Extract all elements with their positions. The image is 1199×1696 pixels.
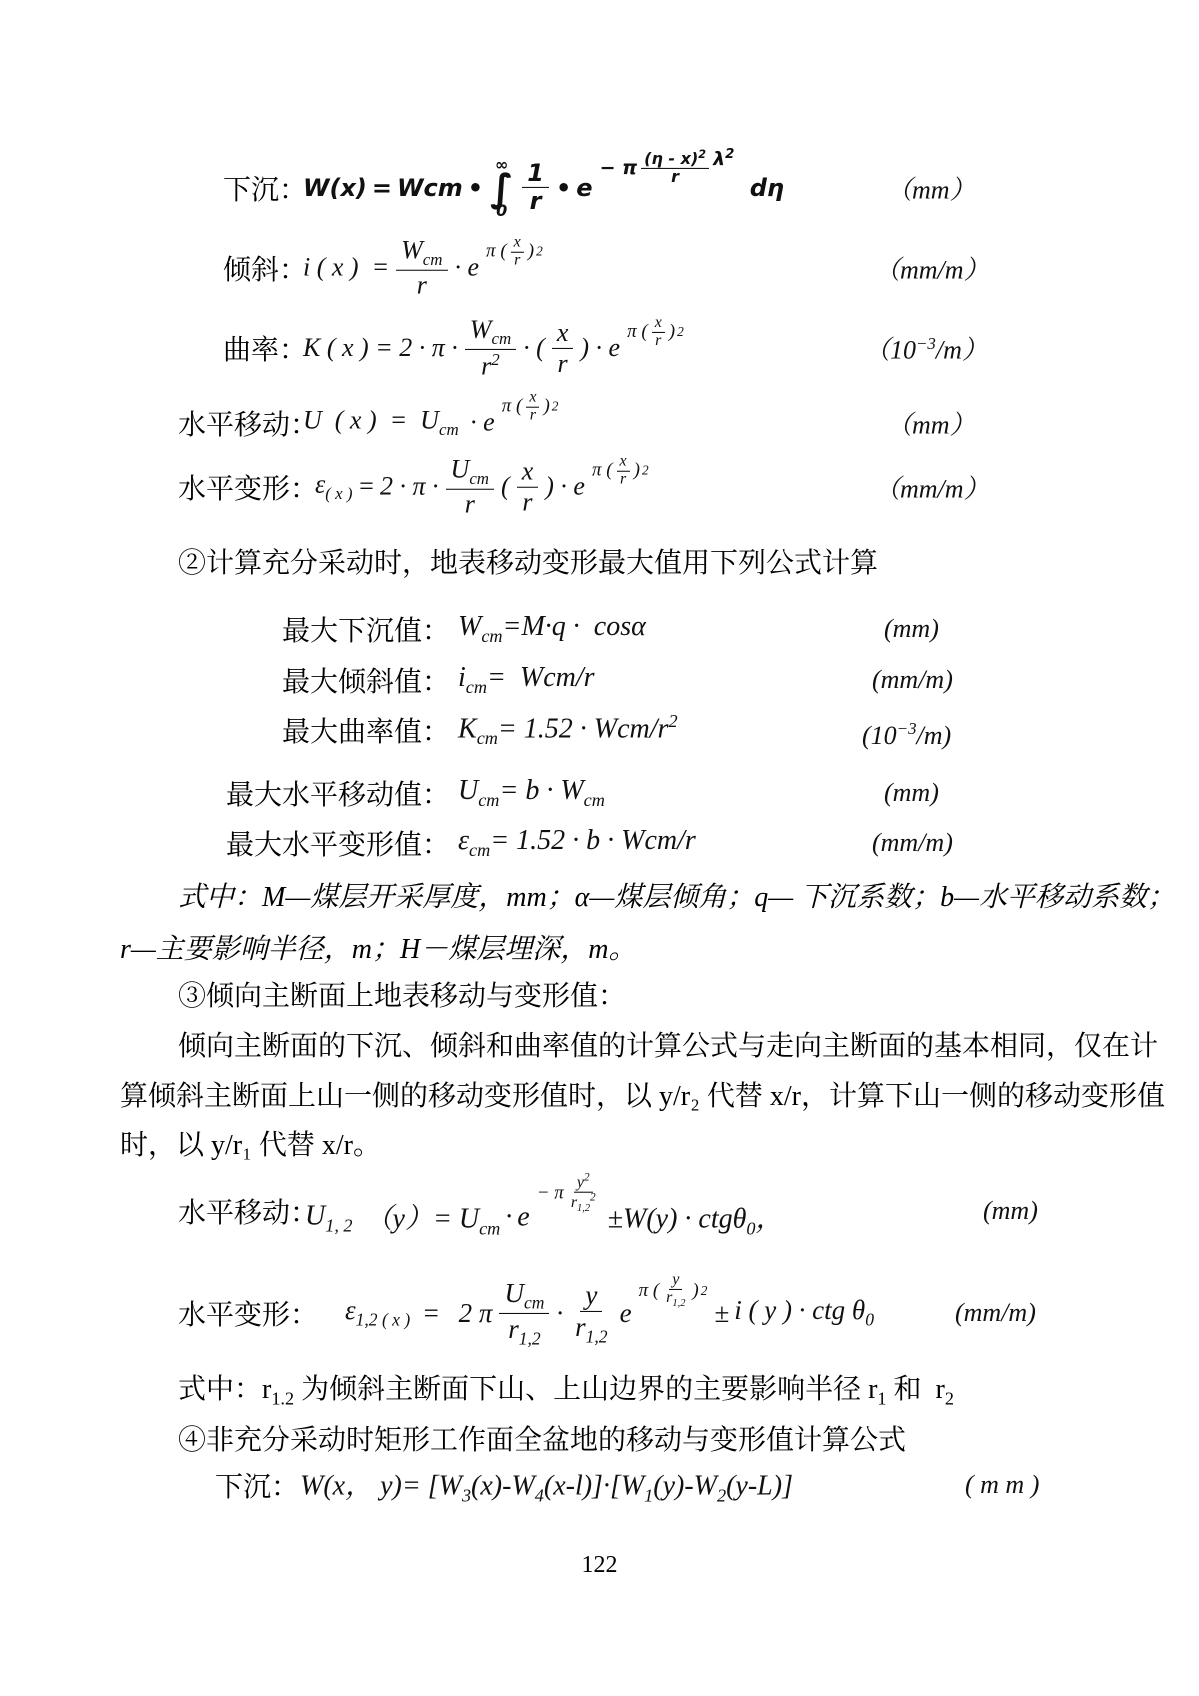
formula-term: 2: [668, 711, 677, 731]
legend-line-2: r—主要影响半径，m；H－煤层埋深，m。: [120, 927, 636, 967]
formula-term: r: [508, 1314, 519, 1344]
formula-term: W: [458, 611, 481, 642]
fraction: (η - x)2 r: [641, 149, 709, 186]
formula-term: Wcm: [396, 236, 447, 271]
formula-term: ) · e: [580, 333, 620, 363]
formula-term: r: [575, 1312, 586, 1342]
max-row-hdeform: 最大水平变形值： εcm= 1.52 · b · Wcm/r (mm/m): [0, 822, 1199, 864]
fraction: x r: [526, 390, 539, 425]
formula-row-subsidence-rect: 下沉： W(x， y)= [W3(x)-W4(x-l)]·[W1(y)-W2(y…: [0, 1464, 1199, 1506]
formula-term: /m）: [936, 336, 988, 365]
formula-term: 2: [945, 1389, 954, 1409]
formula-term: i ( y ) · ctg θ: [734, 1295, 865, 1325]
formula-term: ε: [458, 825, 469, 856]
formula-term: r2: [476, 350, 505, 382]
formula-row-hmove-dip: 水平移动： U1, 2 （y）= Ucm · e − π y2 r1,22 ±W…: [0, 1172, 1199, 1264]
formula-term: y2: [574, 1173, 593, 1193]
formula-term: r: [511, 252, 523, 269]
max-label: 最大曲率值：: [0, 710, 450, 750]
formula-term: Ucm: [499, 1278, 549, 1314]
formula-term: 0: [865, 1310, 874, 1330]
fraction: x r: [511, 235, 524, 270]
unit-label: （mm/m）: [874, 469, 990, 506]
formula-term: W: [470, 315, 492, 344]
fraction: Wcm r2: [465, 315, 516, 381]
formula-term: 3: [462, 1485, 471, 1505]
formula-term: x: [511, 235, 524, 253]
formula-term: − π: [600, 156, 638, 178]
formula-term: U ( x ) = U: [303, 406, 439, 435]
legend-r12: 式中：r1.2 为倾斜主断面下山、上山边界的主要影响半径 r1 和 r2: [178, 1367, 954, 1410]
formula-row-tilt-strike: 倾斜： i ( x ) = Wcm r · e π ( x r ) 2 （mm/…: [0, 228, 1199, 308]
formula-term: 2 · π ·: [380, 472, 439, 502]
formula-term: 0: [496, 205, 507, 217]
formula-term: ): [634, 460, 640, 482]
formula-term: W(x， y)= [W: [300, 1471, 462, 1502]
formula-term: Ucm: [446, 455, 494, 490]
formula-term: cm: [423, 250, 443, 269]
formula-term: y: [580, 1280, 602, 1312]
formula-term: W: [401, 236, 423, 265]
fraction: Ucm r1,2: [499, 1278, 549, 1348]
formula-term: ∫: [490, 170, 513, 204]
formula-curvature: K ( x ) = 2 · π · Wcm r2 · ( x r ) · e π…: [303, 315, 686, 381]
unit-label: （mm）: [886, 169, 976, 206]
formula-term: K ( x ) = 2 · π ·: [303, 333, 458, 363]
formula-term: e: [620, 1298, 632, 1329]
formula-term: ε( x ): [315, 470, 352, 504]
formula-term: cm: [584, 790, 605, 810]
formula-term: 2: [642, 463, 649, 479]
fraction: y r1,2: [663, 1272, 688, 1310]
fraction: Ucm r: [446, 455, 494, 520]
formula-term: · e: [455, 253, 480, 283]
formula-term: cm: [469, 469, 489, 488]
formula-term: U: [458, 775, 478, 806]
unit-label: (mm): [884, 778, 939, 808]
formula-term: 2: [677, 324, 684, 340]
formula-term: （10: [864, 336, 916, 365]
row-label-subsidence: 下沉：: [223, 168, 307, 208]
formula-term: ε1,2 ( x ): [345, 1295, 410, 1330]
formula-term: (η - x)2: [641, 149, 709, 169]
max-row-hmove: 最大水平移动值： Ucm= b · Wcm (mm): [0, 772, 1199, 814]
formula-term: x: [617, 454, 630, 472]
formula-term: (y-L)]: [726, 1471, 793, 1502]
formula-term: cm: [491, 329, 511, 348]
formula-term: 2: [584, 1172, 590, 1184]
formula-term: ε: [315, 470, 325, 499]
formula-hdeform: ε( x ) = 2 · π · Ucm r ( x r ) · e π ( x…: [315, 455, 651, 520]
formula-term: U: [305, 1200, 325, 1231]
formula-term: cm: [478, 790, 499, 810]
formula-term: 2: [701, 1283, 708, 1299]
formula-term: 1: [522, 159, 549, 188]
formula-term: /m): [917, 721, 952, 750]
formula-term: x: [526, 390, 539, 408]
formula-term: cm: [439, 420, 459, 439]
formula-term: =: [357, 472, 375, 502]
formula-term: r: [553, 348, 573, 378]
formula-term: = 1.52 · Wcm/r: [498, 713, 669, 744]
formula-term: 为倾斜主断面下山、上山边界的主要影响半径 r: [294, 1374, 877, 1405]
formula-term: ±W(y) · ctgθ0，: [608, 1197, 784, 1240]
formula-term: cm: [466, 677, 487, 697]
formula-term: x: [552, 318, 574, 349]
formula-term: 1.2: [271, 1389, 294, 1409]
formula-term: cm: [479, 1218, 500, 1238]
formula-term: λ: [713, 148, 725, 170]
formula-term: 1,2: [519, 1328, 541, 1348]
legend-line-1: 式中：M—煤层开采厚度，mm；α—煤层倾角；q— 下沉系数；b—水平移动系数；: [178, 875, 1175, 915]
formula-term: dη: [741, 174, 784, 202]
formula-term: 1,2: [586, 1326, 608, 1346]
formula-term: r: [652, 332, 664, 349]
formula-term: 2 π: [445, 1298, 492, 1329]
formula-term: r: [527, 408, 539, 425]
formula-term: (x)-W: [471, 1471, 535, 1502]
max-label: 最大水平移动值：: [0, 773, 450, 813]
formula-term: = 1.52 · b · Wcm/r: [490, 825, 696, 856]
formula-term: r1,2: [570, 1312, 612, 1347]
formula-term: ±: [714, 1298, 729, 1329]
formula-term: r: [668, 169, 682, 186]
formula-term: （y）= U: [358, 1204, 480, 1235]
formula-term: (η - x): [644, 149, 698, 168]
exponent: π ( y r1,2 ) 2: [639, 1272, 708, 1310]
unit-label: (mm/m): [872, 665, 953, 695]
max-formula: Kcm= 1.52 · Wcm/r2: [458, 711, 678, 749]
formula-term: cm: [477, 728, 498, 748]
section2-heading: ②计算充分采动时，地表移动变形最大值用下列公式计算: [178, 541, 878, 581]
fraction: y2 r1,22: [568, 1173, 599, 1216]
formula-tilt: i ( x ) = Wcm r · e π ( x r ) 2: [303, 236, 545, 301]
formula-term: i ( x ) =: [303, 253, 389, 283]
formula-term: · (: [523, 333, 545, 363]
row-label-hmove: 水平移动：: [178, 403, 318, 443]
formula-term: •: [468, 174, 483, 202]
formula-term: π (: [627, 321, 648, 343]
max-label: 最大下沉值：: [0, 609, 450, 649]
formula-term: cm: [524, 1292, 544, 1312]
formula-term: U: [451, 455, 470, 484]
formula-term: K: [458, 713, 477, 744]
fraction: x r: [652, 315, 665, 350]
formula-term: 2: [536, 244, 543, 260]
formula-term: ·: [505, 1202, 512, 1234]
formula-term: ): [669, 321, 675, 343]
unit-label: (10−3/m): [862, 719, 951, 751]
section4-heading: ④非充分采动时矩形工作面全盆地的移动与变形值计算公式: [178, 1418, 906, 1458]
formula-row-subsidence-strike: 下沉： W(x) = Wcm • ∞ ∫ 0 1 r • e − π (η - …: [0, 140, 1199, 235]
formula-term: 2: [725, 147, 734, 162]
integral-symbol: ∞ ∫ 0: [490, 158, 513, 216]
formula-term: π (: [639, 1280, 660, 1302]
formula-term: r: [460, 489, 480, 519]
fraction: 1 r: [522, 159, 549, 215]
formula-term: 4: [535, 1485, 544, 1505]
formula-term: −3: [897, 719, 917, 738]
fraction: x r: [552, 318, 574, 379]
formula-term: i: [458, 662, 466, 693]
formula-term: i ( y ) · ctg θ0: [734, 1295, 874, 1330]
exponent: π ( x r ) 2: [502, 390, 559, 425]
formula-term: 1,2 ( x ): [356, 1310, 411, 1330]
formula-term: · e: [464, 408, 495, 438]
paragraph-line-1: 倾向主断面的下沉、倾斜和曲率值的计算公式与走向主断面的基本相同，仅在计: [178, 1024, 1158, 1064]
paragraph-line-2: 算倾斜主断面上山一侧的移动变形值时，以 y/r₂ 代替 x/r，计算下山一侧的移…: [120, 1074, 1165, 1114]
document-page: 下沉： W(x) = Wcm • ∞ ∫ 0 1 r • e − π (η - …: [0, 0, 1199, 1696]
formula-term: r: [412, 270, 432, 300]
formula-term: 2: [552, 399, 559, 415]
unit-label: ( m m ): [965, 1470, 1039, 1500]
formula-term: 和 r: [886, 1374, 944, 1405]
formula-term: π (: [502, 396, 523, 418]
formula-term: ·: [556, 1298, 563, 1329]
max-formula: Wcm=M·q · cosα: [458, 611, 646, 647]
formula-term: 1: [644, 1485, 653, 1505]
formula-term: 1, 2: [325, 1215, 352, 1235]
max-formula: icm= Wcm/r: [458, 662, 595, 698]
fraction: x r: [617, 454, 630, 489]
formula-row-hdeform-strike: 水平变形： ε( x ) = 2 · π · Ucm r ( x r ) · e…: [0, 450, 1199, 524]
formula-term: e: [517, 1202, 529, 1234]
formula-term: Wcm: [465, 315, 516, 350]
formula-term: x: [517, 457, 539, 488]
row-label-hdeform: 水平变形：: [178, 467, 318, 507]
formula-term: 式中：r: [178, 1374, 271, 1405]
formula-term: （y）= Ucm: [358, 1197, 501, 1240]
row-label-hdeform-dip: 水平变形：: [178, 1293, 318, 1333]
formula-term: = b · W: [499, 775, 583, 806]
fraction: x r: [517, 457, 539, 518]
paragraph-line-3: 时，以 y/r₁ 代替 x/r。: [120, 1123, 381, 1163]
formula-row-hdeform-dip: 水平变形： ε1,2 ( x ) = 2 π Ucm r1,2 · y r1,2…: [0, 1274, 1199, 1352]
unit-label: （10−3/m）: [864, 330, 988, 367]
formula-term: 2: [717, 1485, 726, 1505]
max-formula: Ucm= b · Wcm: [458, 775, 605, 811]
exponent: π ( x r ) 2: [592, 454, 649, 489]
row-label-subsidence-rect: 下沉：: [215, 1465, 299, 1505]
formula-term: ±W(y) · ctgθ: [608, 1204, 747, 1235]
formula-term: (: [501, 472, 510, 502]
formula-term: (y)-W: [653, 1471, 717, 1502]
formula-term: y: [669, 1272, 682, 1290]
formula-term: π (: [486, 241, 507, 263]
formula-term: r: [481, 351, 491, 380]
formula-hdeform-dip: ε1,2 ( x ) = 2 π Ucm r1,2 · y r1,2 e π (…: [345, 1278, 874, 1348]
fraction: Wcm r: [396, 236, 447, 301]
formula-term: ): [692, 1280, 698, 1302]
formula-term: U: [504, 1278, 524, 1308]
formula-term: − π: [537, 1183, 564, 1205]
formula-term: r: [517, 487, 537, 517]
unit-label: （mm）: [886, 405, 976, 442]
formula-term: e: [576, 174, 592, 202]
unit-label: (mm): [983, 1196, 1038, 1226]
formula-term: x: [652, 315, 665, 333]
row-label-hmove-dip: 水平移动：: [178, 1191, 318, 1231]
max-row-subsidence: 最大下沉值： Wcm=M·q · cosα (mm): [0, 608, 1199, 650]
formula-term: 1,2: [672, 1298, 685, 1309]
unit-label: （mm/m）: [874, 250, 990, 287]
unit-label: (mm): [884, 614, 939, 644]
formula-term: −3: [916, 334, 936, 353]
formula-term: ): [543, 396, 549, 418]
exponent: − π y2 r1,22: [537, 1173, 601, 1216]
formula-term: ε: [345, 1295, 356, 1325]
formula-term: ) · e: [545, 472, 585, 502]
formula-term: U1, 2: [305, 1200, 353, 1236]
formula-term: U ( x ) = Ucm: [303, 406, 459, 440]
formula-term: π (: [592, 460, 613, 482]
formula-term: ): [528, 241, 534, 263]
formula-row-curvature-strike: 曲率： K ( x ) = 2 · π · Wcm r2 · ( x r ) ·…: [0, 308, 1199, 388]
unit-label: (mm/m): [872, 828, 953, 858]
formula-term: •: [556, 174, 571, 202]
row-label-tilt: 倾斜：: [223, 248, 307, 288]
formula-term: = Wcm/r: [487, 662, 595, 693]
formula-hmove-dip: U1, 2 （y）= Ucm · e − π y2 r1,22 ±W(y) · …: [305, 1197, 783, 1240]
formula-hmove: U ( x ) = Ucm · e π ( x r ) 2: [303, 406, 560, 441]
formula-subsidence: W(x) = Wcm • ∞ ∫ 0 1 r • e − π (η - x)2 …: [303, 158, 784, 216]
page-number: 122: [0, 1552, 1199, 1579]
formula-term: r1,2: [503, 1314, 545, 1349]
formula-term: W(x): [303, 174, 367, 202]
formula-term: r: [525, 188, 547, 216]
formula-term: 2: [698, 148, 706, 161]
formula-term: (10: [862, 721, 897, 750]
formula-term: 2: [491, 350, 499, 369]
formula-term: λ2: [713, 147, 734, 170]
max-label: 最大水平变形值：: [0, 823, 450, 863]
formula-term: =: [415, 1298, 440, 1329]
max-formula: εcm= 1.52 · b · Wcm/r: [458, 825, 696, 861]
formula-term: 2: [590, 1192, 596, 1204]
exponent: π ( x r ) 2: [486, 235, 543, 270]
formula-term: cm: [481, 626, 502, 646]
formula-subsidence-rect: W(x， y)= [W3(x)-W4(x-l)]·[W1(y)-W2(y-L)]: [300, 1464, 793, 1507]
formula-term: 1,2: [577, 1203, 590, 1214]
section3-heading: ③倾向主断面上地表移动与变形值：: [178, 974, 626, 1014]
formula-term: r: [617, 471, 629, 488]
formula-term: Wcm: [397, 174, 463, 202]
row-label-curvature: 曲率：: [223, 328, 307, 368]
formula-term: =M·q · cosα: [503, 611, 646, 642]
formula-term: (x-l)]·[W: [544, 1471, 644, 1502]
max-row-tilt: 最大倾斜值： icm= Wcm/r (mm/m): [0, 659, 1199, 701]
exponent: − π (η - x)2 r λ2: [600, 149, 735, 186]
fraction: y r1,2: [570, 1280, 612, 1347]
unit-label: (mm/m): [955, 1298, 1036, 1328]
formula-term: r1,2: [663, 1290, 688, 1310]
formula-term: r1,22: [568, 1193, 599, 1215]
exponent: π ( x r ) 2: [627, 315, 684, 350]
formula-term: =: [372, 174, 392, 202]
formula-term: ，: [755, 1204, 783, 1235]
max-row-curvature: 最大曲率值： Kcm= 1.52 · Wcm/r2 (10−3/m): [0, 706, 1199, 754]
max-label: 最大倾斜值：: [0, 660, 450, 700]
formula-term: cm: [469, 840, 490, 860]
formula-row-hmove-strike: 水平移动： U ( x ) = Ucm · e π ( x r ) 2 （mm）: [0, 392, 1199, 454]
formula-term: ( x ): [325, 484, 352, 503]
